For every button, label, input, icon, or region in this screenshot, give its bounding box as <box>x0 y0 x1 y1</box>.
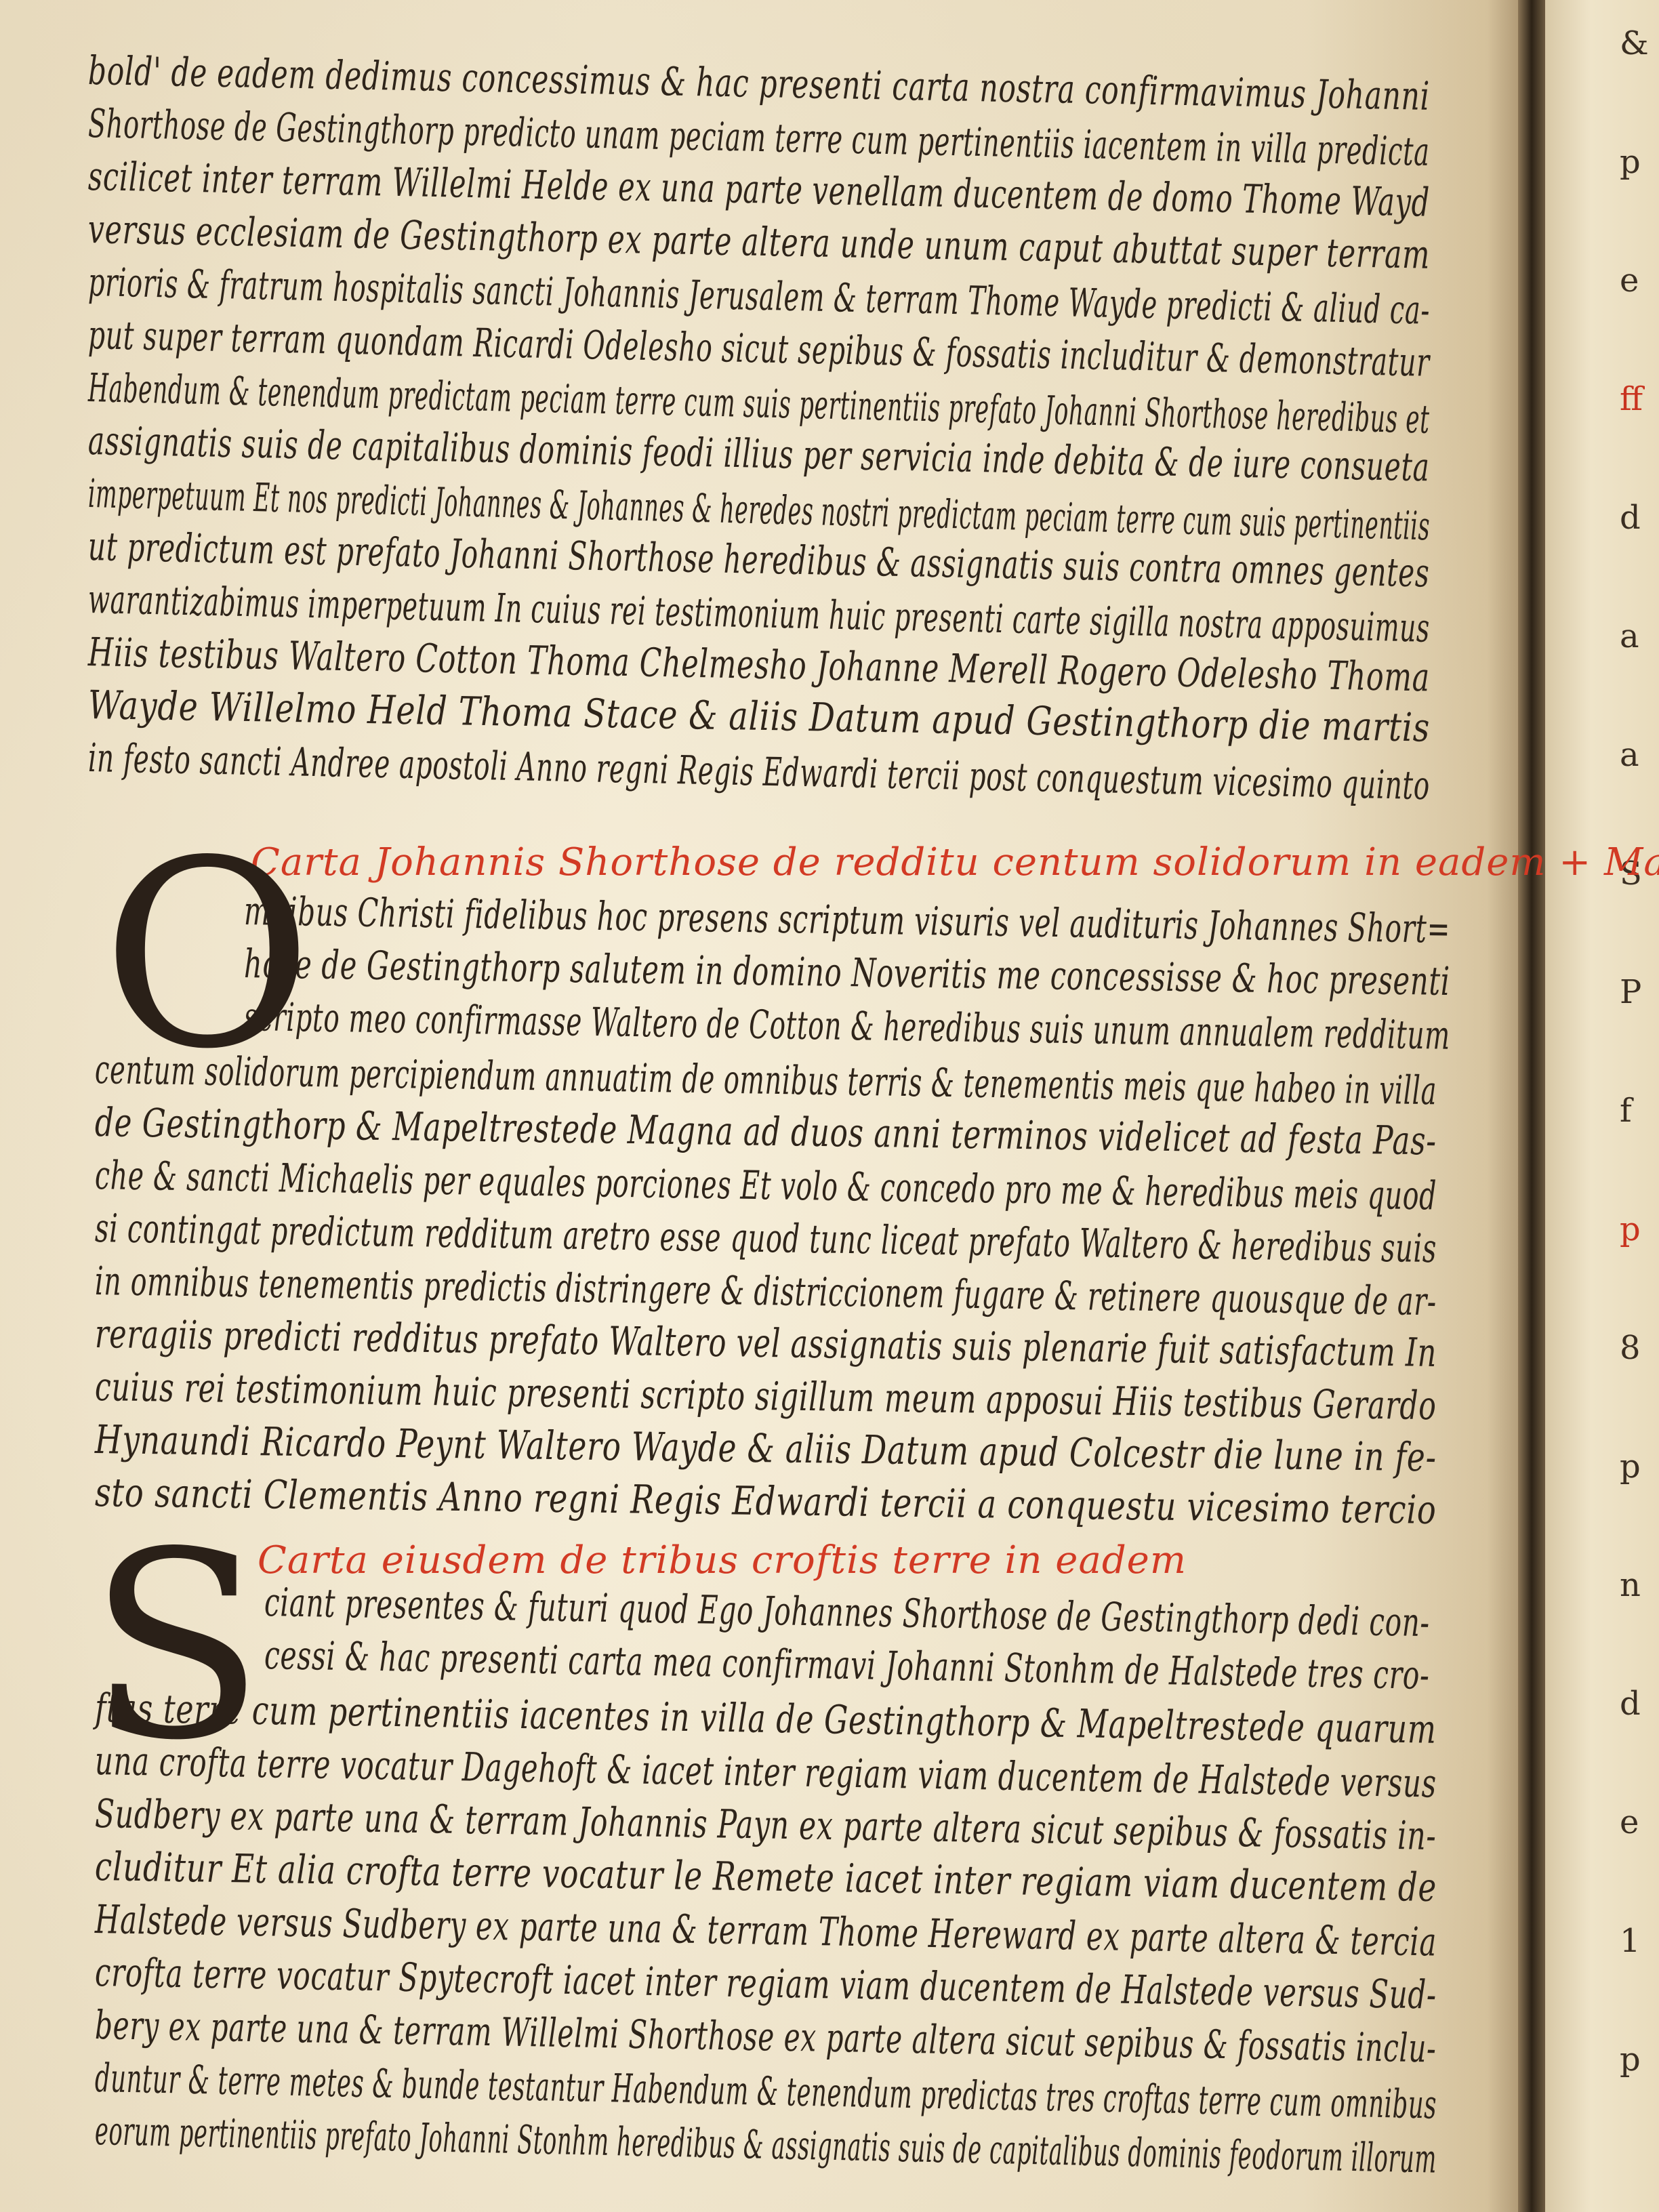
adjacent-page-glyph: a <box>1620 620 1659 653</box>
adjacent-page-glyph: P <box>1620 976 1659 1008</box>
adjacent-page-glyph: & <box>1620 27 1659 60</box>
decorated-initial-o: O <box>102 827 313 1084</box>
adjacent-page-glyph: ff <box>1620 383 1659 415</box>
adjacent-page-glyph: d <box>1620 1687 1659 1720</box>
rubric-heading-1: Carta Johannis Shorthose de redditu cent… <box>251 840 1659 884</box>
book-gutter <box>1518 0 1545 2212</box>
rubric-heading-2: Carta eiusdem de tribus croftis terre in… <box>258 1538 1187 1582</box>
adjacent-page-glyph: a <box>1620 739 1659 771</box>
adjacent-page-glyph: p <box>1620 146 1659 178</box>
adjacent-page-glyph: p <box>1620 2043 1659 2076</box>
adjacent-page-glyph: f <box>1620 1094 1659 1127</box>
adjacent-page-glyph: 1 <box>1620 1925 1659 1957</box>
decorated-initial-s: S <box>88 1518 264 1776</box>
adjacent-page-glyph: p <box>1620 1450 1659 1483</box>
adjacent-page-glyph: 8 <box>1620 1332 1659 1364</box>
adjacent-page-glyph: e <box>1620 264 1659 297</box>
adjacent-page-glyph: n <box>1620 1569 1659 1601</box>
adjacent-page-glyph: p <box>1620 1213 1659 1246</box>
adjacent-page-glyph: e <box>1620 1806 1659 1839</box>
adjacent-page-glyph: d <box>1620 501 1659 534</box>
